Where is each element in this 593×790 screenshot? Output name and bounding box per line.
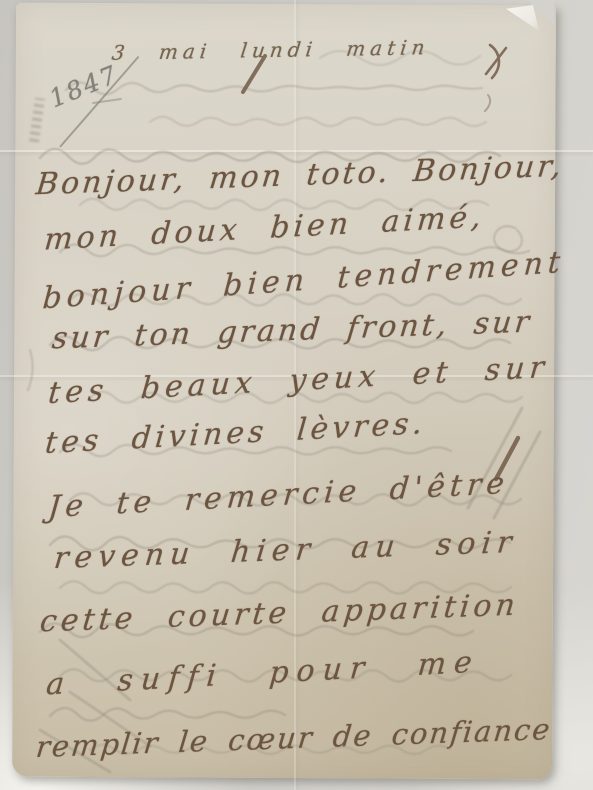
letter-photograph: 1847 3 mai lundi matin Bonjour, mon toto… xyxy=(0,0,593,790)
